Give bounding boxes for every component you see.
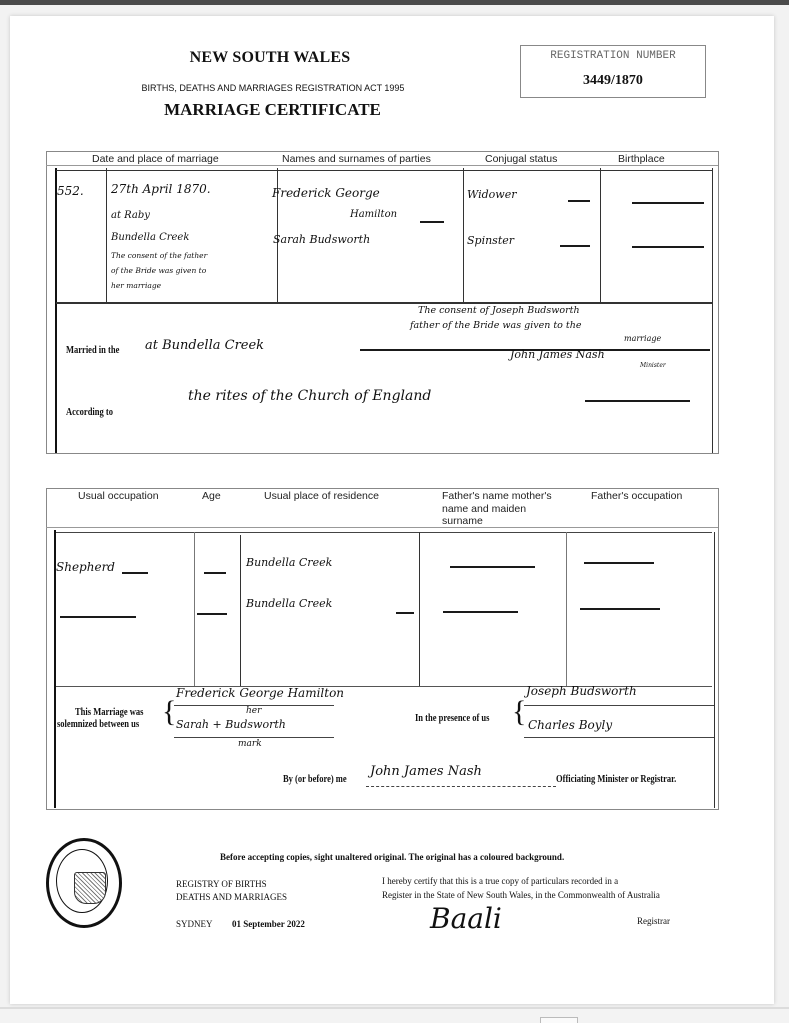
coat-of-arms-icon	[74, 872, 106, 904]
consent-note-line-2: of the Bride was given to	[111, 266, 206, 275]
groom-parents-blank	[450, 566, 535, 568]
underline	[366, 786, 556, 788]
registry-line-2: DEATHS AND MARRIAGES	[176, 892, 287, 902]
header-divider	[46, 527, 718, 528]
row-divider	[56, 170, 712, 171]
sight-original-warning: Before accepting copies, sight unaltered…	[220, 852, 564, 862]
col-divider	[566, 532, 567, 687]
col-header-residence: Usual place of residence	[264, 490, 379, 502]
row-divider	[56, 302, 712, 304]
bride-status: Spinster	[467, 234, 514, 247]
col-header-date-place: Date and place of marriage	[92, 153, 219, 165]
bride-name: Sarah Budsworth	[273, 233, 370, 246]
seal-inner-ring	[56, 849, 108, 913]
married-in-value: at Bundella Creek	[145, 338, 264, 353]
row-divider	[56, 532, 712, 533]
party1-signature: Frederick George Hamilton	[176, 686, 344, 700]
registrar-label: Registrar	[637, 916, 670, 926]
underline	[174, 737, 334, 738]
groom-age-blank	[204, 572, 226, 574]
minister-note: Minister	[640, 362, 666, 369]
groom-name-line-2: Hamilton	[350, 209, 397, 220]
col-divider	[419, 532, 420, 687]
marriage-place-line-2: Bundella Creek	[111, 232, 189, 243]
according-to-value: the rites of the Church of England	[188, 388, 431, 404]
marriage-date: 27th April 1870.	[111, 182, 211, 196]
presence-label: In the presence of us	[415, 713, 489, 724]
witness2-signature: Charles Boyly	[528, 718, 612, 732]
col-header-conjugal: Conjugal status	[485, 153, 557, 165]
brace: {	[512, 697, 526, 727]
col-divider	[463, 168, 464, 303]
bride-age-blank	[197, 613, 227, 615]
blank-dash	[568, 200, 590, 202]
solemnized-label-1: This Marriage was	[75, 707, 143, 718]
bride-residence: Bundella Creek	[246, 597, 332, 610]
bride-father-occupation-blank	[580, 608, 660, 610]
col-header-age: Age	[202, 490, 221, 502]
registration-box: REGISTRATION NUMBER 3449/1870	[520, 45, 706, 98]
col-header-occupation: Usual occupation	[78, 490, 159, 502]
blank-dash	[560, 245, 590, 247]
entry-number: 552.	[57, 184, 84, 198]
col-divider	[106, 168, 107, 303]
groom-birthplace-blank	[632, 202, 704, 204]
marriage-place-line-1: at Raby	[111, 210, 150, 221]
groom-father-occupation-blank	[584, 562, 654, 564]
minister-signature: John James Nash	[370, 764, 482, 779]
col-divider	[240, 535, 241, 687]
state-heading: NEW SOUTH WALES	[170, 49, 370, 67]
consent-note-line-1: The consent of the father	[111, 251, 207, 260]
registrar-signature: Baali	[430, 902, 502, 935]
col-header-birthplace: Birthplace	[618, 153, 665, 165]
consent-side-note-3: marriage	[624, 334, 661, 343]
consent-side-note-1: The consent of Joseph Budsworth	[418, 305, 580, 316]
groom-status: Widower	[467, 188, 516, 201]
groom-residence: Bundella Creek	[246, 556, 332, 569]
viewer-bottom-bar	[0, 1007, 789, 1023]
col-header-parents: Father's name mother's name and maiden s…	[442, 490, 552, 528]
register-border	[55, 168, 57, 453]
consent-side-note-2: father of the Bride was given to the	[410, 320, 581, 331]
blank-dash	[420, 221, 444, 223]
witness-signature-note: John James Nash	[510, 348, 605, 361]
occupation-details-table	[46, 488, 719, 810]
issue-city: SYDNEY	[176, 919, 213, 929]
solemnized-label-2: solemnized between us	[57, 719, 139, 730]
col-divider	[714, 532, 715, 808]
groom-name-line-1: Frederick George	[272, 186, 380, 200]
certify-line-2: Register in the State of New South Wales…	[382, 890, 660, 900]
underline	[524, 705, 714, 706]
according-to-line	[585, 400, 690, 402]
act-subheading: BIRTHS, DEATHS AND MARRIAGES REGISTRATIO…	[108, 83, 438, 93]
bride-parents-blank	[443, 611, 518, 613]
registration-number: 3449/1870	[521, 73, 705, 89]
col-divider	[194, 532, 195, 687]
underline	[524, 737, 714, 738]
certificate-title: MARRIAGE CERTIFICATE	[140, 100, 405, 120]
registrar-seal	[46, 838, 122, 928]
col-header-father-occupation: Father's occupation	[591, 490, 682, 502]
officiating-label: Officiating Minister or Registrar.	[556, 774, 676, 785]
consent-note-line-3: her marriage	[111, 281, 161, 290]
witness1-signature: Joseph Budsworth	[526, 684, 637, 698]
registry-line-1: REGISTRY OF BIRTHS	[176, 879, 267, 889]
bride-birthplace-blank	[632, 246, 704, 248]
groom-occupation: Shepherd	[56, 560, 115, 574]
certify-line-1: I hereby certify that this is a true cop…	[382, 876, 618, 886]
bride-occupation-blank	[60, 616, 136, 618]
col-header-names: Names and surnames of parties	[282, 153, 431, 165]
col-divider	[600, 168, 601, 303]
mark-label-top: her	[246, 706, 261, 716]
married-in-label: Married in the	[66, 345, 119, 356]
issue-date: 01 September 2022	[232, 919, 305, 929]
blank-dash	[122, 572, 148, 574]
according-to-label: According to	[66, 407, 113, 418]
registration-label: REGISTRATION NUMBER	[521, 50, 705, 62]
by-me-label: By (or before) me	[283, 774, 347, 785]
col-divider	[712, 168, 713, 453]
header-divider	[46, 165, 718, 166]
page-control[interactable]	[540, 1017, 578, 1023]
party2-signature: Sarah + Budsworth	[176, 718, 286, 731]
brace: {	[162, 697, 176, 727]
mark-label-bottom: mark	[238, 739, 262, 749]
blank-dash	[396, 612, 414, 614]
viewer-top-bar	[0, 0, 789, 5]
